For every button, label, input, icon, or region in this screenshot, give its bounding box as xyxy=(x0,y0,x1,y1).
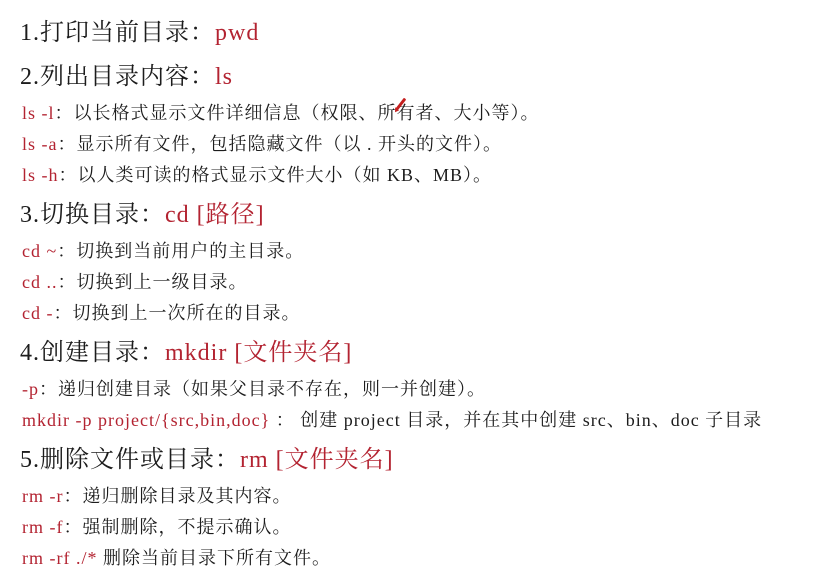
command-description: ：以长格式显示文件详细信息（权限、所有者、大小等）。 xyxy=(55,103,540,123)
command-description: ：切换到当前用户的主目录。 xyxy=(57,241,304,261)
heading-command: cd [路径] xyxy=(165,202,265,228)
command-description: ：显示所有文件，包括隐藏文件（以 . 开头的文件）。 xyxy=(58,134,503,154)
command-line: rm -rf ./* 删除当前目录下所有文件。 xyxy=(22,547,816,569)
section-heading-change-dir: 3.切换目录：cd [路径] xyxy=(20,200,816,230)
command-line: ls -l：以长格式显示文件详细信息（权限、所有者、大小等）。 xyxy=(22,102,816,124)
command-description: ：切换到上一次所在的目录。 xyxy=(53,303,300,323)
heading-label: 3.切换目录： xyxy=(20,202,165,228)
command-text: cd - xyxy=(22,303,53,323)
command-line: rm -f：强制删除，不提示确认。 xyxy=(22,516,816,538)
command-text: ls -a xyxy=(22,134,58,154)
heading-label: 2.列出目录内容： xyxy=(20,64,215,90)
command-line: rm -r：递归删除目录及其内容。 xyxy=(22,485,816,507)
command-description: ： 创建 project 目录，并在其中创建 src、bin、doc 子目录 xyxy=(270,410,762,430)
heading-command: rm [文件夹名] xyxy=(240,447,394,473)
heading-label: 4.创建目录： xyxy=(20,340,165,366)
section-heading-print-dir: 1.打印当前目录：pwd xyxy=(20,18,816,48)
heading-label: 1.打印当前目录： xyxy=(20,20,215,46)
command-line: ls -h：以人类可读的格式显示文件大小（如 KB、MB）。 xyxy=(22,164,816,186)
command-description: ：强制删除，不提示确认。 xyxy=(63,517,291,537)
command-text: cd ~ xyxy=(22,241,57,261)
command-line: cd ..：切换到上一级目录。 xyxy=(22,271,816,293)
heading-command: ls xyxy=(215,64,233,90)
command-text: ls -l xyxy=(22,103,55,123)
heading-command: pwd xyxy=(215,20,259,46)
document-page: 1.打印当前目录：pwd 2.列出目录内容：ls ls -l：以长格式显示文件详… xyxy=(0,0,834,569)
command-description: ：递归创建目录（如果父目录不存在，则一并创建）。 xyxy=(39,379,486,399)
command-description: ：递归删除目录及其内容。 xyxy=(63,486,291,506)
section-heading-remove: 5.删除文件或目录：rm [文件夹名] xyxy=(20,445,816,475)
heading-label: 5.删除文件或目录： xyxy=(20,447,240,473)
command-text: rm -r xyxy=(22,486,63,506)
command-text: mkdir -p project/{src,bin,doc} xyxy=(22,410,270,430)
heading-command: mkdir [文件夹名] xyxy=(165,340,352,366)
command-description: ：以人类可读的格式显示文件大小（如 KB、MB）。 xyxy=(59,165,493,185)
command-line: mkdir -p project/{src,bin,doc} ： 创建 proj… xyxy=(22,409,816,431)
command-text: ls -h xyxy=(22,165,59,185)
command-text: rm -f xyxy=(22,517,63,537)
section-heading-list-dir: 2.列出目录内容：ls xyxy=(20,62,816,92)
command-line: -p：递归创建目录（如果父目录不存在，则一并创建）。 xyxy=(22,378,816,400)
command-line: cd ~：切换到当前用户的主目录。 xyxy=(22,240,816,262)
command-line: cd -：切换到上一次所在的目录。 xyxy=(22,302,816,324)
section-heading-make-dir: 4.创建目录：mkdir [文件夹名] xyxy=(20,338,816,368)
command-line: ls -a：显示所有文件，包括隐藏文件（以 . 开头的文件）。 xyxy=(22,133,816,155)
command-text: rm -rf ./* xyxy=(22,548,97,568)
command-description: ：切换到上一级目录。 xyxy=(58,272,248,292)
command-description: 删除当前目录下所有文件。 xyxy=(97,548,331,568)
command-text: -p xyxy=(22,379,39,399)
command-text: cd .. xyxy=(22,272,58,292)
